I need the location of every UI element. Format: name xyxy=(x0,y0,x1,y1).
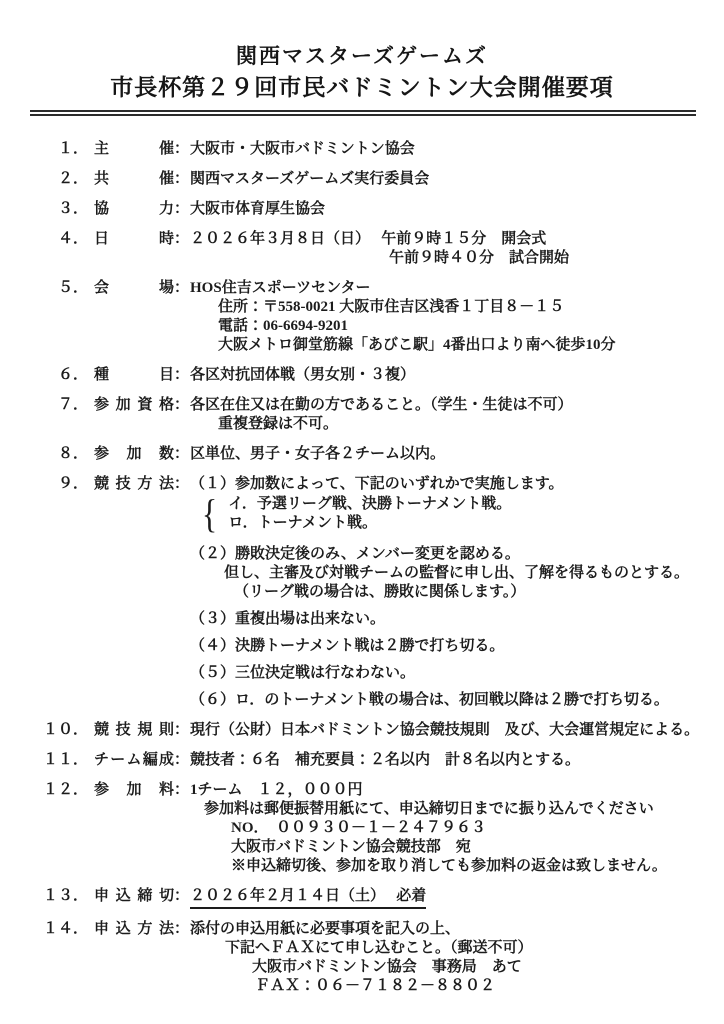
item-content: （１）参加数によって、下記のいずれかで実施します。 { イ．予選リーグ戦、決勝ト… xyxy=(190,475,724,710)
item-content: 現行（公財）日本バドミントン協会競技規則 及び、大会運営規定による。 xyxy=(190,721,724,740)
item-label: 競技方法 xyxy=(94,475,174,494)
item-label: 競技規則 xyxy=(94,721,174,740)
item-content: 大阪市体育厚生協会 xyxy=(190,200,724,219)
item-label: 申込締切 xyxy=(94,887,174,906)
item-competition-method: ９． 競技方法 ： （１）参加数によって、下記のいずれかで実施します。 { イ．… xyxy=(0,475,724,710)
team-composition-text: 競技者：６名 補充要員：２名以内 計８名以内とする。 xyxy=(190,751,724,770)
title-line-2: 市長杯第２９回市民バドミントン大会開催要項 xyxy=(0,72,724,102)
item-organizer: １． 主催 ： 大阪市・大阪市バドミントン協会 xyxy=(0,140,724,159)
method-rule-5: （５）三位決定戦は行なわない。 xyxy=(190,664,724,683)
item-number: １０． xyxy=(0,721,88,740)
item-label: 参加数 xyxy=(94,445,174,464)
venue-name: HOS住吉スポーツセンター xyxy=(190,279,724,298)
venue-phone: 電話：06-6694-9201 xyxy=(218,317,724,336)
application-deadline-text: ２０２６年２月１４日（土） 必着 xyxy=(190,887,426,909)
item-entry-count: ８． 参加数 ： 区単位、男子・女子各２チーム以内。 xyxy=(0,445,724,464)
refund-policy-note: ※申込締切後、参加を取り消しても参加料の返金は致しません。 xyxy=(231,857,724,876)
competition-rules-text: 現行（公財）日本バドミントン協会競技規則 及び、大会運営規定による。 xyxy=(190,721,724,740)
item-number: １３． xyxy=(0,887,88,906)
document-title: 関西マスターズゲームズ 市長杯第２９回市民バドミントン大会開催要項 xyxy=(0,44,724,102)
application-step-1: 添付の申込用紙に必要事項を記入の上、 xyxy=(190,920,724,939)
item-colon: ： xyxy=(174,140,189,159)
item-colon: ： xyxy=(174,751,189,770)
item-label: 参加料 xyxy=(94,781,174,800)
method-option-i: イ．予選リーグ戦、決勝トーナメント戦。 xyxy=(228,495,511,514)
item-colon: ： xyxy=(174,781,189,800)
item-colon: ： xyxy=(174,445,189,464)
item-label: 参加資格 xyxy=(94,396,174,415)
item-venue: ５． 会場 ： HOS住吉スポーツセンター 住所：〒558-0021 大阪市住吉… xyxy=(0,279,724,355)
item-number: １１． xyxy=(0,751,88,770)
item-colon: ： xyxy=(174,230,189,249)
item-content: ２０２６年２月１４日（土） 必着 xyxy=(190,887,724,909)
eligibility-requirement: 各区在住又は在勤の方であること。（学生・生徒は不可） xyxy=(190,396,724,415)
method-rule-6: （６）ロ．のトーナメント戦の場合は、初回戦以降は２勝で打ち切る。 xyxy=(190,691,724,710)
item-number: ５． xyxy=(0,279,88,298)
item-label: 主催 xyxy=(94,140,174,159)
item-competition-rules: １０． 競技規則 ： 現行（公財）日本バドミントン協会競技規則 及び、大会運営規… xyxy=(0,721,724,740)
application-step-2: 下記へＦＡＸにて申し込むこと。（郵送不可） xyxy=(225,939,724,958)
item-number: ７． xyxy=(0,396,88,415)
title-divider-rule xyxy=(30,110,696,116)
item-number: ２． xyxy=(0,170,88,189)
item-label: 会場 xyxy=(94,279,174,298)
item-entry-fee: １２． 参加料 ： 1チーム １２，０００円 参加料は郵便振替用紙にて、申込締切… xyxy=(0,781,724,876)
application-recipient: 大阪市バドミントン協会 事務局 あて xyxy=(252,958,724,977)
item-number: ４． xyxy=(0,230,88,249)
item-content: 競技者：６名 補充要員：２名以内 計８名以内とする。 xyxy=(190,751,724,770)
entry-fee-amount: 1チーム １２，０００円 xyxy=(190,781,724,800)
item-content: ２０２６年３月８日（日） 午前９時１５分 開会式 午前９時４０分 試合開始 xyxy=(190,230,724,268)
item-number: ３． xyxy=(0,200,88,219)
item-label: 日時 xyxy=(94,230,174,249)
venue-address: 住所：〒558-0021 大阪市住吉区浅香１丁目８－１５ xyxy=(218,298,724,317)
item-content: 区単位、男子・女子各２チーム以内。 xyxy=(190,445,724,464)
item-content: 大阪市・大阪市バドミントン協会 xyxy=(190,140,724,159)
fax-number: ＦＡＸ：０６－７１８２－８８０２ xyxy=(255,977,724,996)
item-colon: ： xyxy=(174,279,189,298)
event-type-text: 各区対抗団体戦（男女別・３複） xyxy=(190,366,724,385)
item-number: ９． xyxy=(0,475,88,494)
method-rule-1: （１）参加数によって、下記のいずれかで実施します。 xyxy=(190,475,724,494)
item-date-time: ４． 日時 ： ２０２６年３月８日（日） 午前９時１５分 開会式 午前９時４０分… xyxy=(0,230,724,268)
organizer-name: 大阪市・大阪市バドミントン協会 xyxy=(190,140,724,159)
item-colon: ： xyxy=(174,366,189,385)
item-number: ６． xyxy=(0,366,88,385)
item-application-deadline: １３． 申込締切 ： ２０２６年２月１４日（土） 必着 xyxy=(0,887,724,909)
item-number: １． xyxy=(0,140,88,159)
item-co-organizer: ２． 共催 ： 関西マスターズゲームズ実行委員会 xyxy=(0,170,724,189)
item-number: １４． xyxy=(0,920,88,939)
item-content: 各区在住又は在勤の方であること。（学生・生徒は不可） 重複登録は不可。 xyxy=(190,396,724,434)
co-organizer-name: 関西マスターズゲームズ実行委員会 xyxy=(190,170,724,189)
left-brace-glyph: { xyxy=(202,495,217,533)
method-option-ro: ロ．トーナメント戦。 xyxy=(228,514,511,533)
item-team-composition: １１． チーム編成 ： 競技者：６名 補充要員：２名以内 計８名以内とする。 xyxy=(0,751,724,770)
item-supporter: ３． 協力 ： 大阪市体育厚生協会 xyxy=(0,200,724,219)
item-colon: ： xyxy=(174,396,189,415)
item-colon: ： xyxy=(174,721,189,740)
item-content: 各区対抗団体戦（男女別・３複） xyxy=(190,366,724,385)
method-rule-2-league-note: （リーグ戦の場合は、勝敗に関係します。） xyxy=(234,583,724,602)
item-content: 関西マスターズゲームズ実行委員会 xyxy=(190,170,724,189)
method-rule-4: （４）決勝トーナメント戦は２勝で打ち切る。 xyxy=(190,637,724,656)
method-rule-3: （３）重複出場は出来ない。 xyxy=(190,610,724,629)
item-application-method: １４． 申込方法 ： 添付の申込用紙に必要事項を記入の上、 下記へＦＡＸにて申し… xyxy=(0,920,724,996)
item-colon: ： xyxy=(174,170,189,189)
item-colon: ： xyxy=(174,200,189,219)
supporter-name: 大阪市体育厚生協会 xyxy=(190,200,724,219)
venue-access: 大阪メトロ御堂筋線「あびこ駅」4番出口より南へ徒歩10分 xyxy=(218,336,724,355)
event-match-start: 午前９時４０分 試合開始 xyxy=(389,249,724,268)
item-label: 協力 xyxy=(94,200,174,219)
items-list: １． 主催 ： 大阪市・大阪市バドミントン協会 ２． 共催 ： 関西マスターズゲ… xyxy=(0,140,724,996)
item-event-type: ６． 種目 ： 各区対抗団体戦（男女別・３複） xyxy=(0,366,724,385)
item-content: 添付の申込用紙に必要事項を記入の上、 下記へＦＡＸにて申し込むこと。（郵送不可）… xyxy=(190,920,724,996)
method-rule-2: （２）勝敗決定後のみ、メンバー変更を認める。 xyxy=(190,545,724,564)
item-content: HOS住吉スポーツセンター 住所：〒558-0021 大阪市住吉区浅香１丁目８－… xyxy=(190,279,724,355)
item-content: 1チーム １２，０００円 参加料は郵便振替用紙にて、申込締切日までに振り込んでく… xyxy=(190,781,724,876)
item-colon: ： xyxy=(174,920,189,939)
item-label: チーム編成 xyxy=(94,751,174,770)
payment-instruction: 参加料は郵便振替用紙にて、申込締切日までに振り込んでください xyxy=(204,800,724,819)
item-label: 共催 xyxy=(94,170,174,189)
postal-transfer-number: NO． ００９３０－１－２４７９６３ xyxy=(231,819,724,838)
duplicate-registration-note: 重複登録は不可。 xyxy=(218,415,724,434)
item-number: １２． xyxy=(0,781,88,800)
title-line-1: 関西マスターズゲームズ xyxy=(0,44,724,70)
item-label: 種目 xyxy=(94,366,174,385)
method-option-group: { イ．予選リーグ戦、決勝トーナメント戦。 ロ．トーナメント戦。 xyxy=(200,495,724,533)
method-rule-2-note: 但し、主審及び対戦チームの監督に申し出、了解を得るものとする。 xyxy=(224,564,724,583)
method-options: イ．予選リーグ戦、決勝トーナメント戦。 ロ．トーナメント戦。 xyxy=(228,495,511,533)
item-label: 申込方法 xyxy=(94,920,174,939)
item-colon: ： xyxy=(174,887,189,906)
event-date-opening: ２０２６年３月８日（日） 午前９時１５分 開会式 xyxy=(190,230,724,249)
item-eligibility: ７． 参加資格 ： 各区在住又は在勤の方であること。（学生・生徒は不可） 重複登… xyxy=(0,396,724,434)
document-page: 関西マスターズゲームズ 市長杯第２９回市民バドミントン大会開催要項 １． 主催 … xyxy=(0,0,724,1024)
item-colon: ： xyxy=(174,475,189,494)
entry-count-text: 区単位、男子・女子各２チーム以内。 xyxy=(190,445,724,464)
item-number: ８． xyxy=(0,445,88,464)
payee-name: 大阪市バドミントン協会競技部 宛 xyxy=(231,838,724,857)
